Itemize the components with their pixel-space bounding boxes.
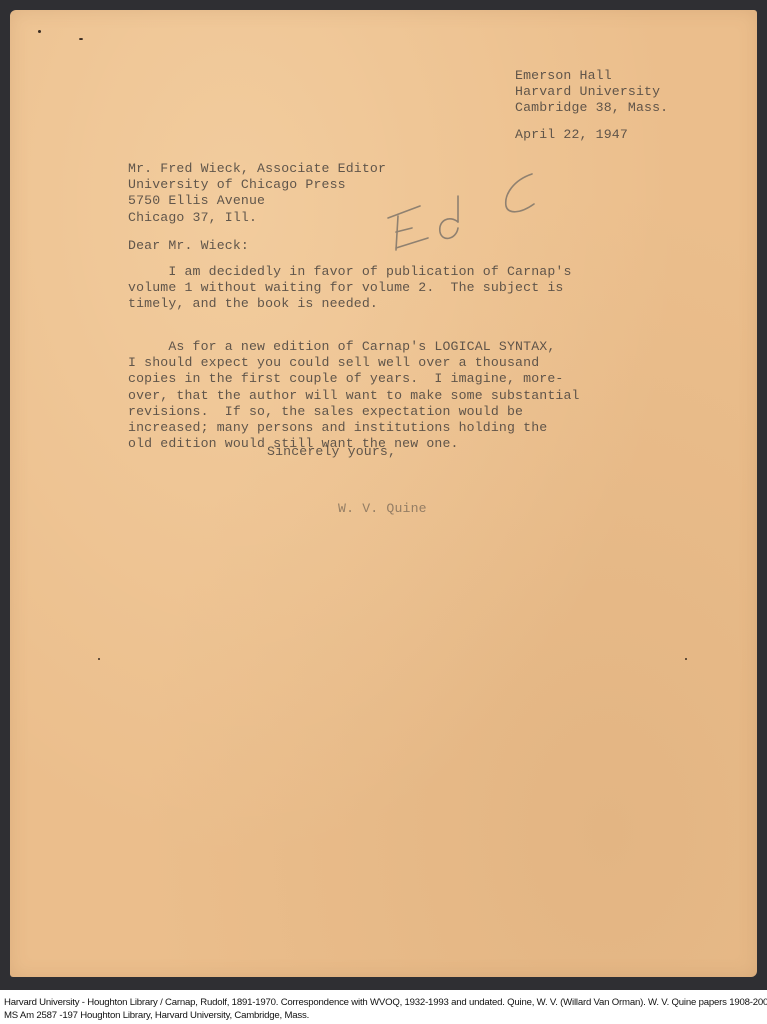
body-paragraph-1: I am decidedly in favor of publication o… (128, 264, 572, 313)
sender-address: Emerson HallHarvard UniversityCambridge … (515, 68, 668, 117)
recipient-line: Chicago 37, Ill. (128, 210, 386, 226)
recipient-line: 5750 Ellis Avenue (128, 193, 386, 209)
body-line: volume 1 without waiting for volume 2. T… (128, 280, 572, 296)
closing: Sincerely yours, (267, 444, 396, 460)
body-line: I am decidedly in favor of publication o… (128, 264, 572, 280)
salutation: Dear Mr. Wieck: (128, 238, 249, 254)
letter-date: April 22, 1947 (515, 127, 628, 143)
paper-speck (79, 38, 83, 40)
sender-address-line: Emerson Hall (515, 68, 668, 84)
signature: W. V. Quine (338, 501, 427, 517)
body-line: revisions. If so, the sales expectation … (128, 404, 580, 420)
paper-speck (38, 30, 41, 33)
body-paragraph-2: As for a new edition of Carnap's LOGICAL… (128, 339, 580, 452)
body-line: increased; many persons and institutions… (128, 420, 580, 436)
archive-caption: Harvard University - Houghton Library / … (4, 996, 766, 1022)
paper-speck (685, 658, 687, 660)
recipient-line: Mr. Fred Wieck, Associate Editor (128, 161, 386, 177)
caption-line-2: MS Am 2587 -197 Houghton Library, Harvar… (4, 1009, 766, 1022)
caption-line-1: Harvard University - Houghton Library / … (4, 996, 766, 1009)
body-line: copies in the first couple of years. I i… (128, 371, 580, 387)
recipient-address: Mr. Fred Wieck, Associate EditorUniversi… (128, 161, 386, 226)
recipient-line: University of Chicago Press (128, 177, 386, 193)
body-line: As for a new edition of Carnap's LOGICAL… (128, 339, 580, 355)
sender-address-line: Harvard University (515, 84, 668, 100)
body-line: I should expect you could sell well over… (128, 355, 580, 371)
letter-page (10, 10, 757, 977)
paper-speck (98, 658, 100, 660)
handwritten-annotation (378, 170, 548, 260)
body-line: timely, and the book is needed. (128, 296, 572, 312)
body-line: over, that the author will want to make … (128, 388, 580, 404)
sender-address-line: Cambridge 38, Mass. (515, 100, 668, 116)
